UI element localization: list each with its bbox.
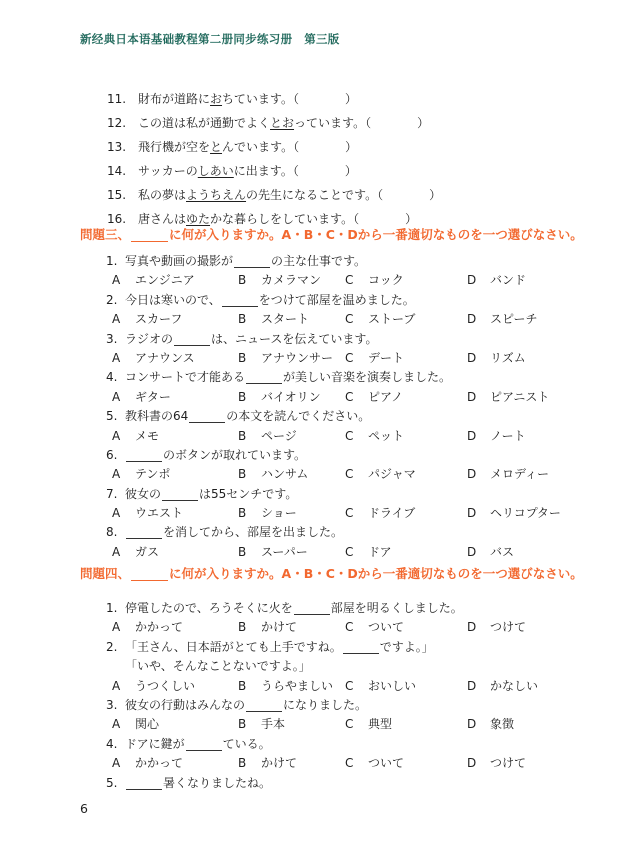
text-segment: の本文を読んでください。 xyxy=(226,409,370,423)
option-text: スピーチ xyxy=(490,312,538,326)
option-text: かけて xyxy=(261,756,297,770)
book-title-header: 新经典日本语基础教程第二册同步练习册 第三版 xyxy=(80,32,340,46)
option-text: パジャマ xyxy=(368,467,416,481)
answer-paren-close: ） xyxy=(345,140,357,154)
option-text: メロディー xyxy=(490,467,549,481)
underlined-kana: とお xyxy=(270,116,294,130)
question-number: 2. xyxy=(106,640,125,655)
text-segment: サッカーの xyxy=(138,164,198,178)
text-segment: 暑くなりましたね。 xyxy=(163,776,271,790)
question-line: 2.今日は寒いので、をつけて部屋を温めました。 xyxy=(106,293,451,312)
option-text: ピアノ xyxy=(368,390,403,404)
text-segment: ラジオの xyxy=(125,332,173,346)
option-d: Dかなしい xyxy=(467,679,538,694)
question-number: 4. xyxy=(106,737,125,752)
option-text: ドライブ xyxy=(368,506,415,520)
option-letter: B xyxy=(238,620,261,635)
option-letter: B xyxy=(238,467,261,482)
option-a: Aかかって xyxy=(112,620,183,635)
option-b: Bハンサム xyxy=(238,467,308,482)
option-text: かかって xyxy=(135,620,183,634)
option-text: スタート xyxy=(261,312,309,326)
question-line: 3.彼女の行動はみんなのになりました。 xyxy=(106,698,463,717)
option-letter: C xyxy=(345,756,368,771)
options-row: AガスBスーパーCドアDバス xyxy=(106,545,451,564)
question-number: 3. xyxy=(106,698,125,713)
text-segment: に出ます。 xyxy=(234,164,293,178)
question-number: 3. xyxy=(106,332,125,347)
text-segment: を消してから、部屋を出ました。 xyxy=(163,525,343,539)
text-segment: 「王さん、日本語がとても上手ですね。 xyxy=(125,640,342,654)
answer-paren-close: ） xyxy=(405,212,417,226)
answer-paren-close: ） xyxy=(417,116,429,130)
answer-paren-open: （ xyxy=(365,116,371,130)
question-number: 5. xyxy=(106,776,125,791)
option-b: Bページ xyxy=(238,429,297,444)
question-line: 1.停電したので、ろうそくに火を部屋を明るくしました。 xyxy=(106,601,463,620)
option-a: Aウエスト xyxy=(112,506,183,521)
option-text: かなしい xyxy=(490,679,538,693)
options-row: AエンジニアBカメラマンCコックDバンド xyxy=(106,273,451,292)
item-number: 12. xyxy=(107,116,138,131)
fill-in-blank xyxy=(162,489,198,501)
option-a: Aうつくしい xyxy=(112,679,195,694)
underlined-kana: ようちえん xyxy=(186,188,246,202)
option-d: Dつけて xyxy=(467,756,526,771)
option-letter: C xyxy=(345,312,368,327)
question-list-mondai4: 1.停電したので、ろうそくに火を部屋を明るくしました。AかかってBかけてCついて… xyxy=(106,601,463,795)
option-text: かけて xyxy=(261,620,297,634)
question-number: 1. xyxy=(106,254,125,269)
option-text: テンポ xyxy=(135,467,170,481)
fill-in-blank xyxy=(246,372,282,384)
kana-item-list: 11.財布が道路におちています。（）12.この道は私が通勤でよくとおっています。… xyxy=(107,92,441,236)
text-segment: のボタンが取れています。 xyxy=(163,448,306,462)
question-line: 8.を消してから、部屋を出ました。 xyxy=(106,525,451,544)
text-segment: 「いや、そんなことないですよ。」 xyxy=(125,659,311,673)
kana-item: 11.財布が道路におちています。（） xyxy=(107,92,441,116)
answer-paren-open: （ xyxy=(293,164,299,178)
underlined-kana: お xyxy=(210,92,222,106)
question-number: 1. xyxy=(106,601,125,616)
heading-prefix: 問題三、 xyxy=(80,227,130,242)
option-d: Dバンド xyxy=(467,273,526,288)
option-text: 手本 xyxy=(261,717,285,731)
option-text: バンド xyxy=(490,273,526,287)
option-letter: D xyxy=(467,390,490,405)
option-text: ついて xyxy=(368,756,404,770)
option-d: Dノート xyxy=(467,429,526,444)
text-segment: ですよ。」 xyxy=(380,640,434,654)
option-letter: B xyxy=(238,429,261,444)
option-text: つけて xyxy=(490,620,526,634)
option-d: D象徴 xyxy=(467,717,514,732)
question-number: 5. xyxy=(106,409,125,424)
option-b: Bショー xyxy=(238,506,297,521)
option-text: ドア xyxy=(368,545,392,559)
option-letter: B xyxy=(238,756,261,771)
option-text: 典型 xyxy=(368,717,392,731)
option-letter: D xyxy=(467,679,490,694)
answer-paren-close: ） xyxy=(345,164,357,178)
option-a: Aスカーフ xyxy=(112,312,182,327)
section-heading-mondai4: 問題四、に何が入りますか。A・B・C・Dから一番適切なものを一つ選びなさい。 xyxy=(80,566,583,582)
option-letter: D xyxy=(467,620,490,635)
question-line: 1.写真や動画の撮影がの主な仕事です。 xyxy=(106,254,451,273)
item-number: 15. xyxy=(107,188,138,203)
option-letter: C xyxy=(345,620,368,635)
option-letter: C xyxy=(345,351,368,366)
option-text: おいしい xyxy=(368,679,416,693)
heading-prefix: 問題四、 xyxy=(80,566,130,581)
question-number: 7. xyxy=(106,487,125,502)
option-d: Dリズム xyxy=(467,351,526,366)
option-c: Cドア xyxy=(345,545,392,560)
option-text: バス xyxy=(490,545,514,559)
option-text: メモ xyxy=(135,429,159,443)
answer-paren-close: ） xyxy=(345,92,357,106)
option-letter: B xyxy=(238,717,261,732)
option-c: Cコック xyxy=(345,273,404,288)
text-segment: この道は私が通勤でよく xyxy=(138,116,270,130)
question-line: 4.コンサートで才能あるが美しい音楽を演奏しました。 xyxy=(106,370,451,389)
option-letter: A xyxy=(112,429,135,444)
options-row: AかかってBかけてCついてDつけて xyxy=(106,756,463,775)
option-letter: A xyxy=(112,312,135,327)
option-a: Aメモ xyxy=(112,429,159,444)
option-letter: C xyxy=(345,545,368,560)
fill-in-blank xyxy=(126,778,162,790)
option-letter: B xyxy=(238,679,261,694)
option-b: Bスーパー xyxy=(238,545,308,560)
text-segment: をつけて部屋を温めました。 xyxy=(259,293,415,307)
options-row: AギターBバイオリンCピアノDピアニスト xyxy=(106,390,451,409)
text-segment: 私の夢は xyxy=(138,188,186,202)
text-segment: 唐さんは xyxy=(138,212,186,226)
option-b: Bカメラマン xyxy=(238,273,321,288)
text-segment: 部屋を明るくしました。 xyxy=(331,601,463,615)
option-c: Cペット xyxy=(345,429,404,444)
option-letter: A xyxy=(112,351,135,366)
kana-item: 14.サッカーのしあいに出ます。（） xyxy=(107,164,441,188)
text-segment: が美しい音楽を演奏しました。 xyxy=(283,370,451,384)
option-letter: A xyxy=(112,390,135,405)
option-a: Aギター xyxy=(112,390,171,405)
fill-in-blank xyxy=(174,334,210,346)
option-text: リズム xyxy=(490,351,526,365)
text-segment: は、ニュースを伝えています。 xyxy=(211,332,377,346)
text-segment: コンサートで才能ある xyxy=(125,370,245,384)
option-letter: A xyxy=(112,679,135,694)
item-number: 14. xyxy=(107,164,138,179)
option-c: C典型 xyxy=(345,717,392,732)
fill-in-blank xyxy=(186,739,222,751)
options-row: AテンポBハンサムCパジャマDメロディー xyxy=(106,467,451,486)
option-a: Aエンジニア xyxy=(112,273,195,288)
question-number: 4. xyxy=(106,370,125,385)
question-line: 4.ドアに鍵がている。 xyxy=(106,737,463,756)
option-b: Bバイオリン xyxy=(238,390,321,405)
option-c: Cついて xyxy=(345,756,404,771)
fill-in-blank xyxy=(222,295,258,307)
text-segment: は55センチです。 xyxy=(199,487,297,501)
option-c: Cピアノ xyxy=(345,390,403,405)
fill-in-blank xyxy=(234,256,270,268)
option-text: カメラマン xyxy=(261,273,321,287)
option-letter: C xyxy=(345,390,368,405)
text-segment: 写真や動画の撮影が xyxy=(125,254,233,268)
answer-paren-open: （ xyxy=(293,140,299,154)
option-d: Dつけて xyxy=(467,620,526,635)
option-letter: D xyxy=(467,429,490,444)
text-segment: 停電したので、ろうそくに火を xyxy=(125,601,293,615)
option-text: ページ xyxy=(261,429,297,443)
heading-text: に何が入りますか。A・B・C・Dから一番適切なものを一つ選びなさい。 xyxy=(169,566,583,581)
option-letter: A xyxy=(112,756,135,771)
option-c: Cストーブ xyxy=(345,312,415,327)
fill-in-blank xyxy=(294,603,330,615)
option-text: ハンサム xyxy=(261,467,308,481)
option-letter: D xyxy=(467,467,490,482)
answer-paren-open: （ xyxy=(377,188,383,202)
item-number: 16. xyxy=(107,212,138,227)
option-text: ギター xyxy=(135,390,171,404)
fill-in-blank xyxy=(343,642,379,654)
option-letter: D xyxy=(467,756,490,771)
question-line: 「いや、そんなことないですよ。」 xyxy=(106,659,463,678)
option-letter: B xyxy=(238,312,261,327)
option-a: A関心 xyxy=(112,717,159,732)
heading-text: に何が入りますか。A・B・C・Dから一番適切なものを一つ選びなさい。 xyxy=(169,227,583,242)
options-row: AかかってBかけてCついてDつけて xyxy=(106,620,463,639)
option-text: ノート xyxy=(490,429,526,443)
option-letter: B xyxy=(238,273,261,288)
item-number: 11. xyxy=(107,92,138,107)
question-line: 5.教科書の64の本文を読んでください。 xyxy=(106,409,451,428)
option-text: かかって xyxy=(135,756,183,770)
option-c: Cドライブ xyxy=(345,506,415,521)
option-d: Dメロディー xyxy=(467,467,549,482)
option-text: 関心 xyxy=(135,717,159,731)
option-letter: A xyxy=(112,506,135,521)
option-c: Cパジャマ xyxy=(345,467,416,482)
underlined-kana: しあい xyxy=(198,164,234,178)
question-line: 2.「王さん、日本語がとても上手ですね。ですよ。」 xyxy=(106,640,463,659)
question-number: 6. xyxy=(106,448,125,463)
option-b: Bアナウンサー xyxy=(238,351,333,366)
option-letter: A xyxy=(112,545,135,560)
option-letter: B xyxy=(238,545,261,560)
text-segment: かな暮らしをしています。 xyxy=(210,212,353,226)
options-row: AアナウンスBアナウンサーCデートDリズム xyxy=(106,351,451,370)
option-text: うらやましい xyxy=(261,679,333,693)
item-number: 13. xyxy=(107,140,138,155)
option-letter: D xyxy=(467,273,490,288)
fill-in-blank xyxy=(126,450,162,462)
option-text: ピアニスト xyxy=(490,390,549,404)
question-number: 8. xyxy=(106,525,125,540)
option-letter: A xyxy=(112,717,135,732)
option-letter: C xyxy=(345,467,368,482)
kana-item: 12.この道は私が通勤でよくとおっています。（） xyxy=(107,116,441,140)
text-segment: の先生になることです。 xyxy=(246,188,377,202)
option-text: ウエスト xyxy=(135,506,183,520)
question-line: 7.彼女のは55センチです。 xyxy=(106,487,451,506)
underlined-kana: と xyxy=(210,140,222,154)
worksheet-page: 新经典日本语基础教程第二册同步练习册 第三版 11.財布が道路におちています。（… xyxy=(0,0,641,862)
option-text: ペット xyxy=(368,429,404,443)
options-row: AうつくしいBうらやましいCおいしいDかなしい xyxy=(106,679,463,698)
option-d: Dバス xyxy=(467,545,514,560)
section-heading-mondai3: 問題三、に何が入りますか。A・B・C・Dから一番適切なものを一つ選びなさい。 xyxy=(80,227,583,243)
kana-item: 15.私の夢はようちえんの先生になることです。（） xyxy=(107,188,441,212)
text-segment: ちています。 xyxy=(222,92,293,106)
option-text: アナウンサー xyxy=(261,351,333,365)
option-d: Dヘリコプター xyxy=(467,506,561,521)
underlined-kana: ゆた xyxy=(186,212,210,226)
option-text: スカーフ xyxy=(135,312,182,326)
option-c: Cデート xyxy=(345,351,404,366)
options-row: AメモBページCペットDノート xyxy=(106,429,451,448)
option-text: コック xyxy=(368,273,404,287)
question-line: 5.暑くなりましたね。 xyxy=(106,776,463,795)
option-text: つけて xyxy=(490,756,526,770)
option-letter: C xyxy=(345,273,368,288)
text-segment: 飛行機が空を xyxy=(138,140,210,154)
text-segment: 彼女の xyxy=(125,487,161,501)
option-c: Cついて xyxy=(345,620,404,635)
option-d: Dピアニスト xyxy=(467,390,549,405)
options-row: AスカーフBスタートCストーブDスピーチ xyxy=(106,312,451,331)
options-row: AウエストBショーCドライブDヘリコプター xyxy=(106,506,451,525)
answer-paren-close: ） xyxy=(429,188,441,202)
text-segment: ドアに鍵が xyxy=(125,737,185,751)
text-segment: になりました。 xyxy=(283,698,367,712)
option-c: Cおいしい xyxy=(345,679,416,694)
option-a: Aテンポ xyxy=(112,467,170,482)
option-letter: C xyxy=(345,717,368,732)
option-letter: B xyxy=(238,390,261,405)
option-text: ガス xyxy=(135,545,159,559)
option-text: ストーブ xyxy=(368,312,415,326)
answer-paren-open: （ xyxy=(353,212,359,226)
option-text: 象徴 xyxy=(490,717,514,731)
heading-blank xyxy=(131,569,168,581)
option-b: Bうらやましい xyxy=(238,679,333,694)
fill-in-blank xyxy=(189,411,225,423)
option-text: バイオリン xyxy=(261,390,321,404)
option-letter: A xyxy=(112,467,135,482)
text-segment: ている。 xyxy=(223,737,271,751)
answer-paren-open: （ xyxy=(293,92,299,106)
option-d: Dスピーチ xyxy=(467,312,538,327)
fill-in-blank xyxy=(246,700,282,712)
text-segment: 彼女の行動はみんなの xyxy=(125,698,245,712)
text-segment: 財布が道路に xyxy=(138,92,210,106)
option-a: Aガス xyxy=(112,545,159,560)
option-text: エンジニア xyxy=(135,273,195,287)
option-b: Bかけて xyxy=(238,756,297,771)
option-text: デート xyxy=(368,351,404,365)
option-letter: A xyxy=(112,620,135,635)
heading-blank xyxy=(131,230,168,242)
option-text: アナウンス xyxy=(135,351,195,365)
text-segment: 教科書の64 xyxy=(125,409,188,423)
question-line: 3.ラジオのは、ニュースを伝えています。 xyxy=(106,332,451,351)
option-text: うつくしい xyxy=(135,679,195,693)
option-a: Aアナウンス xyxy=(112,351,195,366)
option-letter: D xyxy=(467,312,490,327)
kana-item: 13.飛行機が空をとんでいます。（） xyxy=(107,140,441,164)
option-letter: A xyxy=(112,273,135,288)
option-b: Bかけて xyxy=(238,620,297,635)
option-b: Bスタート xyxy=(238,312,309,327)
text-segment: 今日は寒いので、 xyxy=(125,293,221,307)
option-letter: B xyxy=(238,506,261,521)
option-text: スーパー xyxy=(261,545,308,559)
text-segment: んでいます。 xyxy=(222,140,293,154)
option-letter: D xyxy=(467,351,490,366)
fill-in-blank xyxy=(126,527,162,539)
text-segment: の主な仕事です。 xyxy=(271,254,366,268)
page-number: 6 xyxy=(80,801,88,817)
option-b: B手本 xyxy=(238,717,285,732)
option-letter: D xyxy=(467,506,490,521)
option-letter: C xyxy=(345,679,368,694)
option-text: ついて xyxy=(368,620,404,634)
text-segment: っています。 xyxy=(294,116,365,130)
option-letter: D xyxy=(467,545,490,560)
option-text: ヘリコプター xyxy=(490,506,561,520)
option-letter: C xyxy=(345,429,368,444)
option-letter: B xyxy=(238,351,261,366)
option-text: ショー xyxy=(261,506,297,520)
question-list-mondai3: 1.写真や動画の撮影がの主な仕事です。AエンジニアBカメラマンCコックDバンド2… xyxy=(106,254,451,564)
question-number: 2. xyxy=(106,293,125,308)
option-letter: D xyxy=(467,717,490,732)
options-row: A関心B手本C典型D象徴 xyxy=(106,717,463,736)
option-letter: C xyxy=(345,506,368,521)
question-line: 6.のボタンが取れています。 xyxy=(106,448,451,467)
option-a: Aかかって xyxy=(112,756,183,771)
